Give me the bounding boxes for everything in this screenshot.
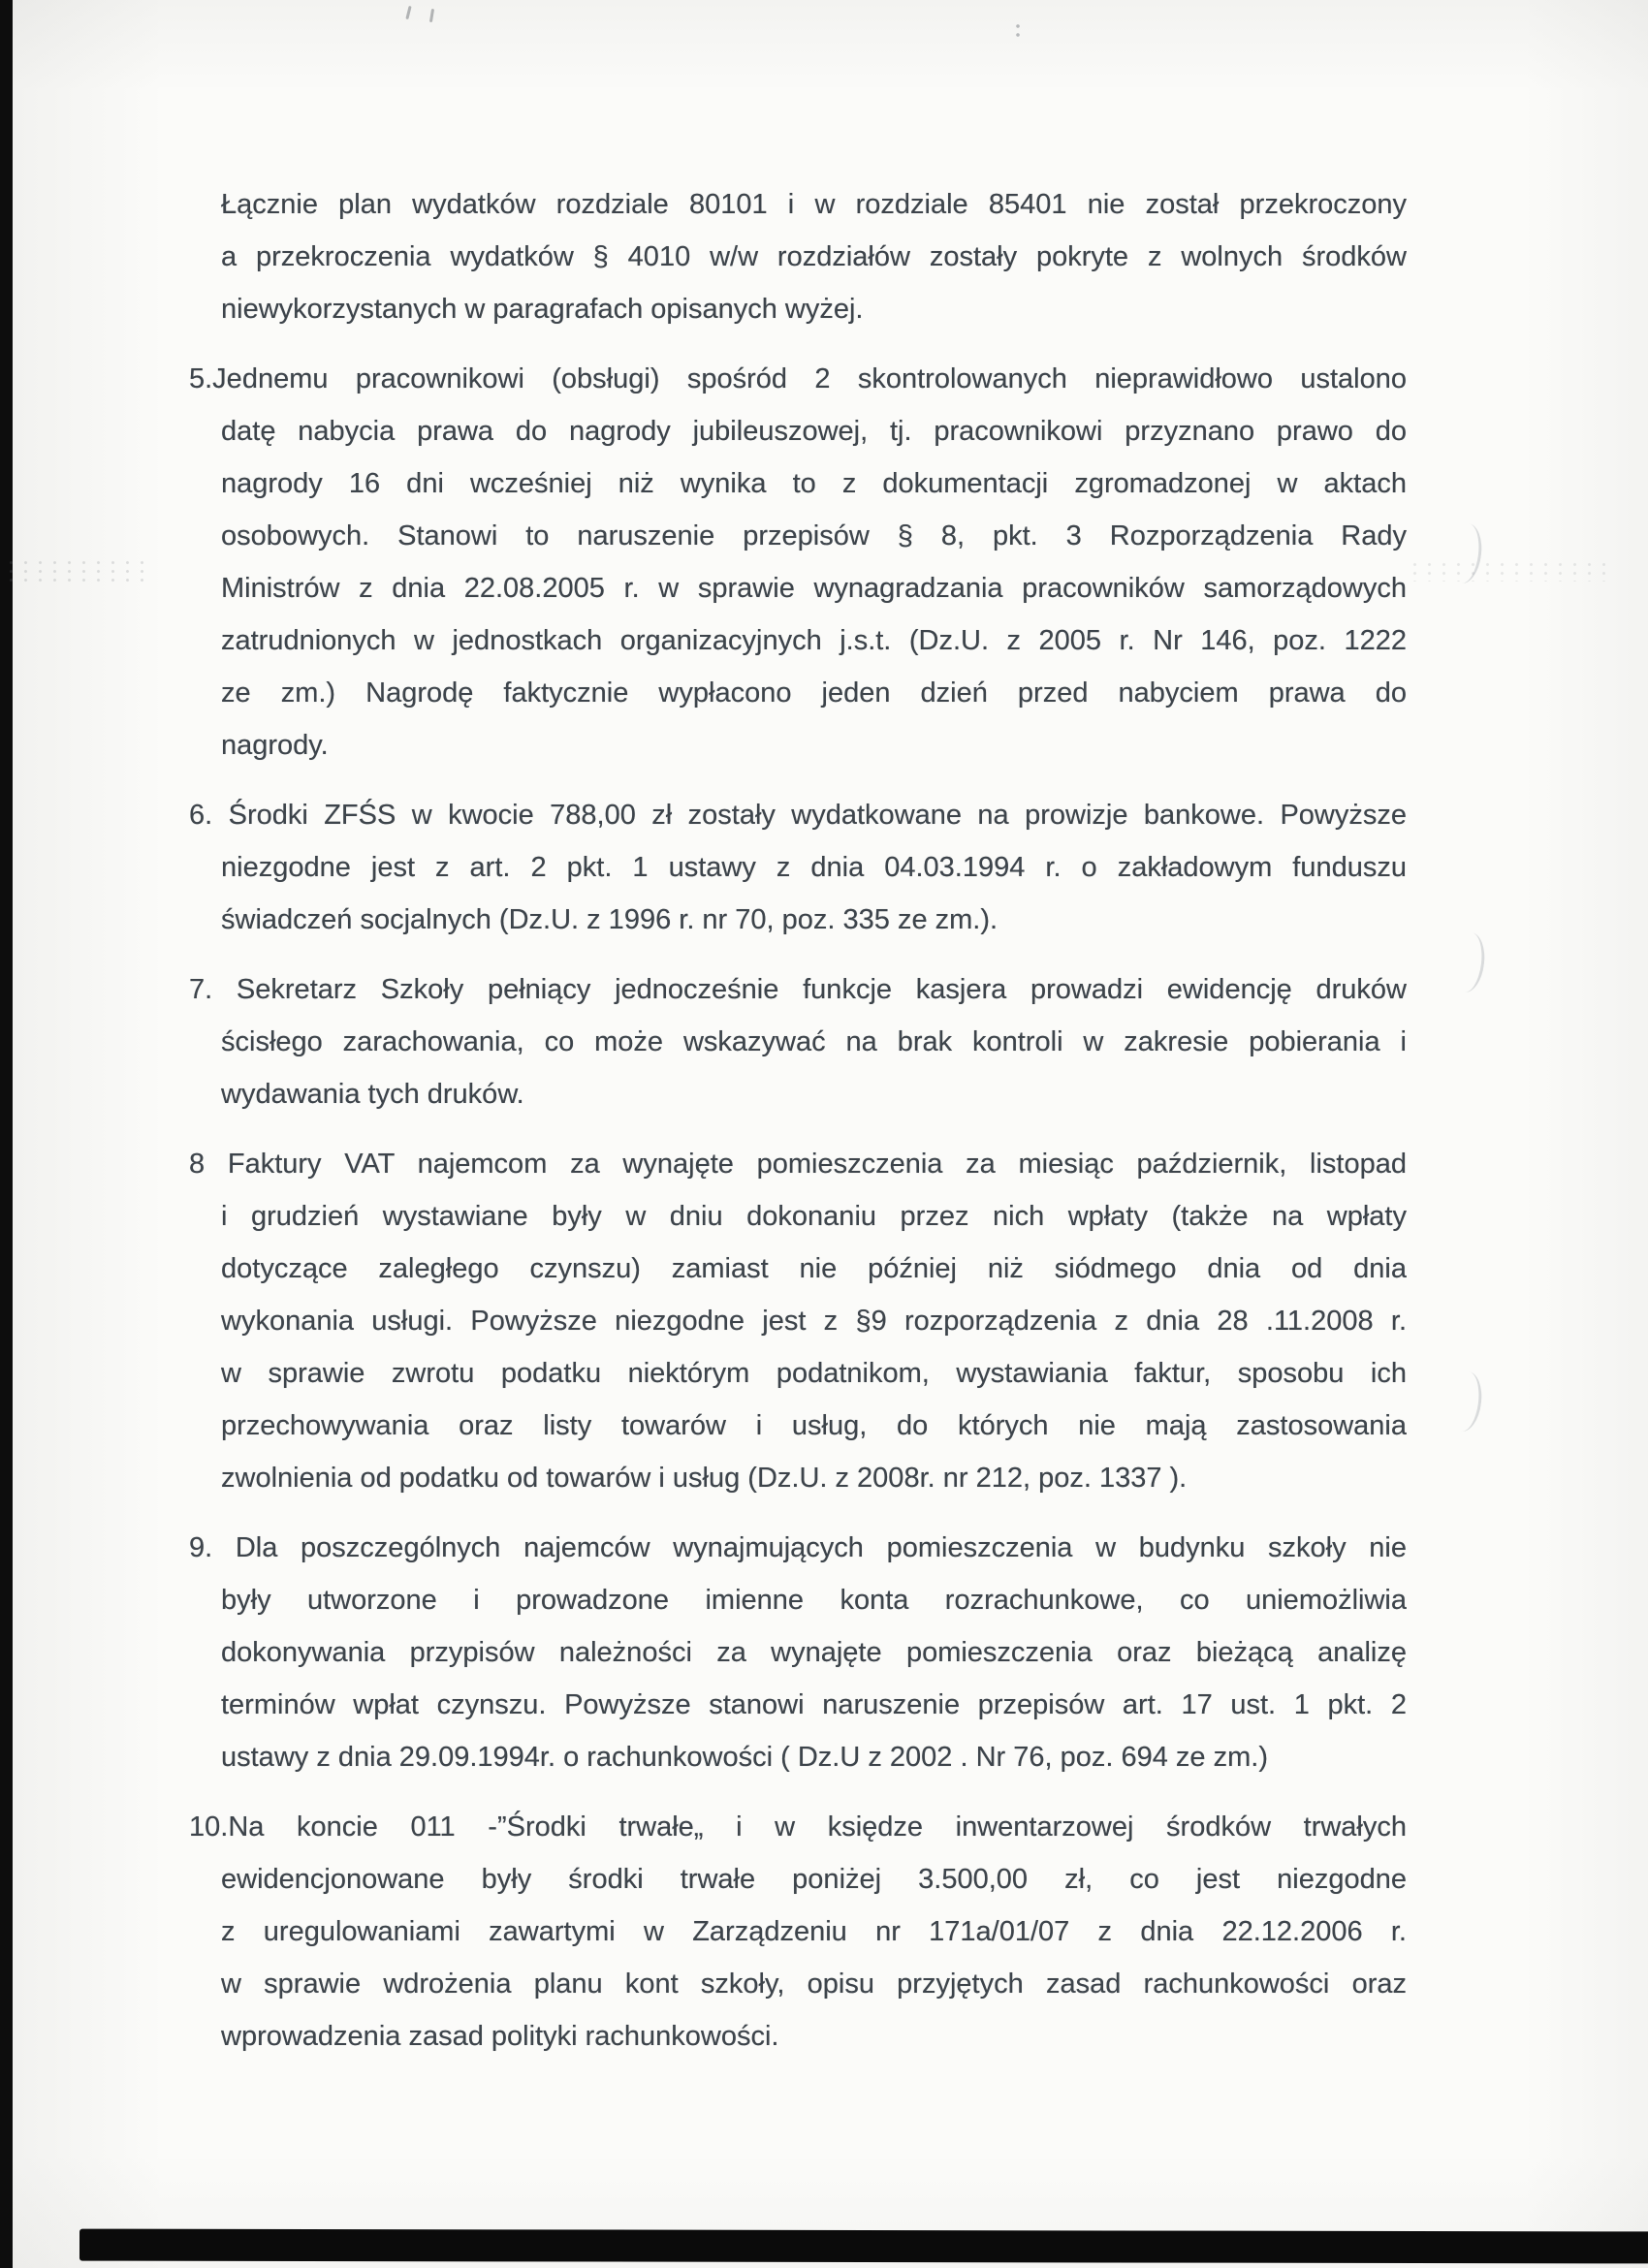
scan-edge-bottom-bar xyxy=(79,2229,1648,2264)
paragraph-item-8: 8 Faktury VAT najemcom za wynajęte pomie… xyxy=(189,1138,1407,1504)
text-line: w sprawie wdrożenia planu kont szkoły, o… xyxy=(189,1958,1407,2010)
text-line: i grudzień wystawiane były w dniu dokona… xyxy=(189,1190,1407,1243)
text-line: 9. Dla poszczególnych najemców wynajmują… xyxy=(189,1522,1407,1574)
paragraph-item-9: 9. Dla poszczególnych najemców wynajmują… xyxy=(189,1522,1407,1783)
text-line: przechowywania oraz listy towarów i usłu… xyxy=(189,1400,1407,1452)
text-line: terminów wpłat czynszu. Powyższe stanowi… xyxy=(189,1679,1407,1731)
text-line: były utworzone i prowadzone imienne kont… xyxy=(189,1574,1407,1626)
paragraph-item-6: 6. Środki ZFŚS w kwocie 788,00 zł został… xyxy=(189,789,1407,946)
text-line: 10.Na koncie 011 -”Środki trwałe„ i w ks… xyxy=(189,1801,1407,1853)
text-line: wydawania tych druków. xyxy=(189,1068,1407,1120)
text-line: Ministrów z dnia 22.08.2005 r. w sprawie… xyxy=(189,562,1407,614)
text-line: niezgodne jest z art. 2 pkt. 1 ustawy z … xyxy=(189,841,1407,894)
paragraph-intro: Łącznie plan wydatków rozdziale 80101 i … xyxy=(189,178,1407,335)
text-line: Łącznie plan wydatków rozdziale 80101 i … xyxy=(189,178,1407,231)
paragraph-item-5: 5.Jednemu pracownikowi (obsługi) spośród… xyxy=(189,353,1407,772)
paragraph-item-7: 7. Sekretarz Szkoły pełniący jednocześni… xyxy=(189,963,1407,1120)
scan-artifact-tick xyxy=(429,9,434,22)
scan-artifact-curve xyxy=(1448,930,1487,994)
scan-artifact-mark xyxy=(1016,23,1020,39)
text-line: z uregulowaniami zawartymi w Zarządzeniu… xyxy=(189,1906,1407,1958)
scan-artifact-noise xyxy=(4,558,149,583)
scan-artifact-curve xyxy=(1445,1370,1484,1433)
text-line: dokonywania przypisów należności za wyna… xyxy=(189,1626,1407,1679)
text-line: a przekroczenia wydatków § 4010 w/w rozd… xyxy=(189,231,1407,283)
text-line: ustawy z dnia 29.09.1994r. o rachunkowoś… xyxy=(189,1731,1407,1783)
text-line: wykonania usługi. Powyższe niezgodne jes… xyxy=(189,1295,1407,1347)
text-line: 6. Środki ZFŚS w kwocie 788,00 zł został… xyxy=(189,789,1407,841)
text-line: ewidencjonowane były środki trwałe poniż… xyxy=(189,1853,1407,1906)
text-line: ze zm.) Nagrodę faktycznie wypłacono jed… xyxy=(189,667,1407,719)
text-line: datę nabycia prawa do nagrody jubileuszo… xyxy=(189,405,1407,457)
text-line: dotyczące zaległego czynszu) zamiast nie… xyxy=(189,1243,1407,1295)
text-line: zwolnienia od podatku od towarów i usług… xyxy=(189,1452,1407,1504)
text-line: wprowadzenia zasad polityki rachunkowośc… xyxy=(189,2010,1407,2063)
scanned-page: Łącznie plan wydatków rozdziale 80101 i … xyxy=(0,0,1648,2268)
text-line: osobowych. Stanowi to naruszenie przepis… xyxy=(189,510,1407,562)
text-line: 7. Sekretarz Szkoły pełniący jednocześni… xyxy=(189,963,1407,1016)
text-line: ścisłego zarachowania, co może wskazywać… xyxy=(189,1016,1407,1068)
document-body: Łącznie plan wydatków rozdziale 80101 i … xyxy=(189,178,1407,2080)
scan-edge-left-bar xyxy=(0,0,13,2268)
text-line: w sprawie zwrotu podatku niektórym podat… xyxy=(189,1347,1407,1400)
text-line: niewykorzystanych w paragrafach opisanyc… xyxy=(189,283,1407,335)
text-line: nagrody. xyxy=(189,719,1407,772)
text-line: 8 Faktury VAT najemcom za wynajęte pomie… xyxy=(189,1138,1407,1190)
text-line: świadczeń socjalnych (Dz.U. z 1996 r. nr… xyxy=(189,894,1407,946)
text-line: 5.Jednemu pracownikowi (obsługi) spośród… xyxy=(189,353,1407,405)
scan-artifact-noise xyxy=(1408,560,1611,582)
scan-artifact-tick xyxy=(405,6,411,19)
text-line: zatrudnionych w jednostkach organizacyjn… xyxy=(189,614,1407,667)
paragraph-item-10: 10.Na koncie 011 -”Środki trwałe„ i w ks… xyxy=(189,1801,1407,2063)
text-line: nagrody 16 dni wcześniej niż wynika to z… xyxy=(189,457,1407,510)
